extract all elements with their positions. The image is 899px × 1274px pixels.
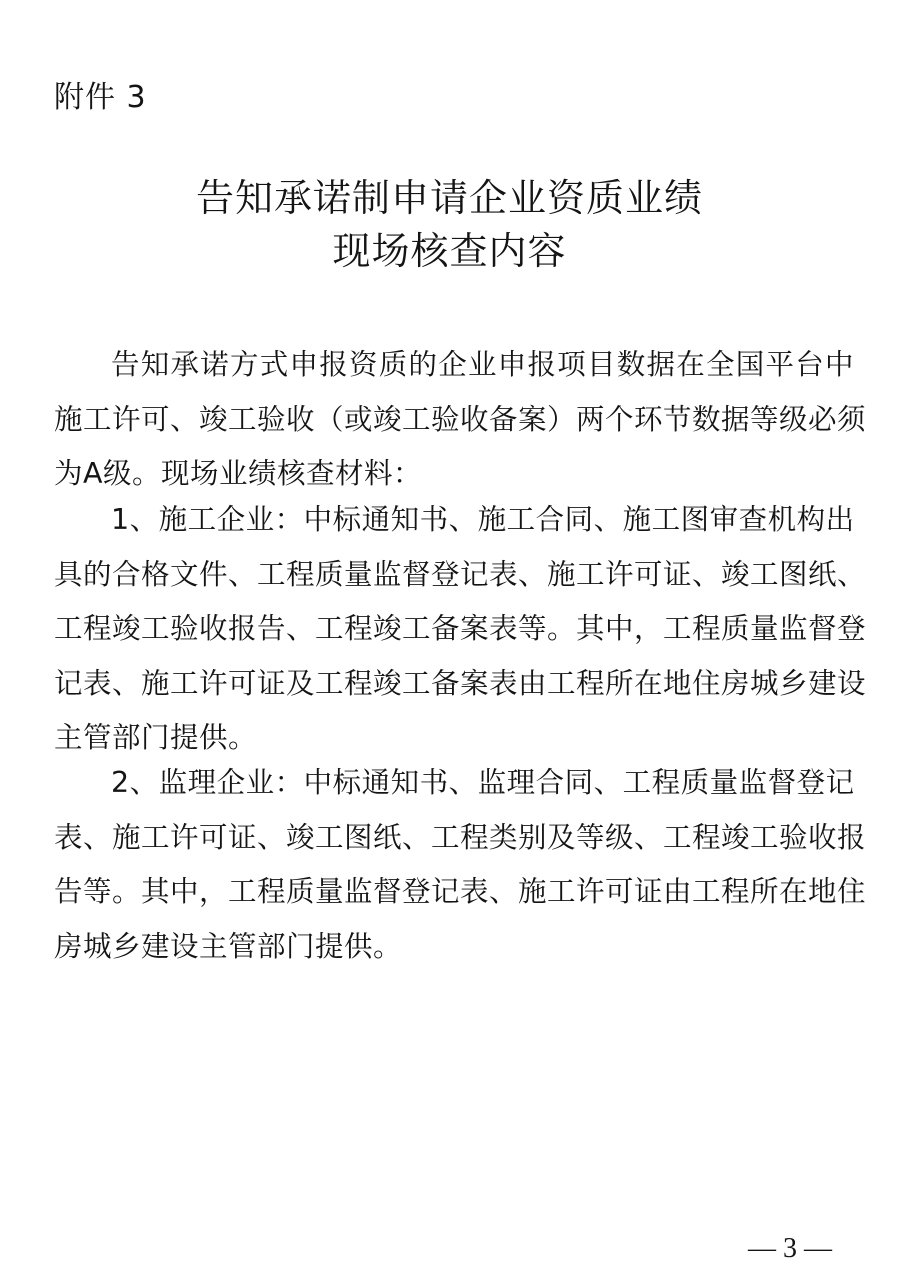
paragraph-line: 房城乡建设主管部门提供。 (54, 920, 854, 975)
attachment-label: 附件 3 (54, 78, 147, 118)
paragraph-line: 2、监理企业：中标通知书、监理合同、工程质量监督登记 (54, 756, 854, 811)
page-number: — 3 — (748, 1232, 832, 1266)
paragraph-line: 1、施工企业：中标通知书、施工合同、施工图审查机构出 (54, 493, 854, 548)
paragraph-line: 告知承诺方式申报资质的企业申报项目数据在全国平台中 (54, 338, 854, 393)
paragraph-construction-enterprise: 1、施工企业：中标通知书、施工合同、施工图审查机构出 具的合格文件、工程质量监督… (54, 493, 854, 766)
paragraph-line: 表、施工许可证、竣工图纸、工程类别及等级、工程竣工验收报 (54, 811, 854, 866)
paragraph-intro: 告知承诺方式申报资质的企业申报项目数据在全国平台中 施工许可、竣工验收（或竣工验… (54, 338, 854, 502)
document-title-line-1: 告知承诺制申请企业资质业绩 (0, 174, 899, 222)
paragraph-line: 记表、施工许可证及工程竣工备案表由工程所在地住房城乡建设 (54, 657, 854, 712)
document-title-line-2: 现场核查内容 (0, 227, 899, 275)
paragraph-line: 施工许可、竣工验收（或竣工验收备案）两个环节数据等级必须 (54, 393, 854, 448)
paragraph-line: 具的合格文件、工程质量监督登记表、施工许可证、竣工图纸、 (54, 548, 854, 603)
paragraph-line: 工程竣工验收报告、工程竣工备案表等。其中，工程质量监督登 (54, 602, 854, 657)
paragraph-line: 告等。其中，工程质量监督登记表、施工许可证由工程所在地住 (54, 865, 854, 920)
paragraph-supervision-enterprise: 2、监理企业：中标通知书、监理合同、工程质量监督登记 表、施工许可证、竣工图纸、… (54, 756, 854, 974)
